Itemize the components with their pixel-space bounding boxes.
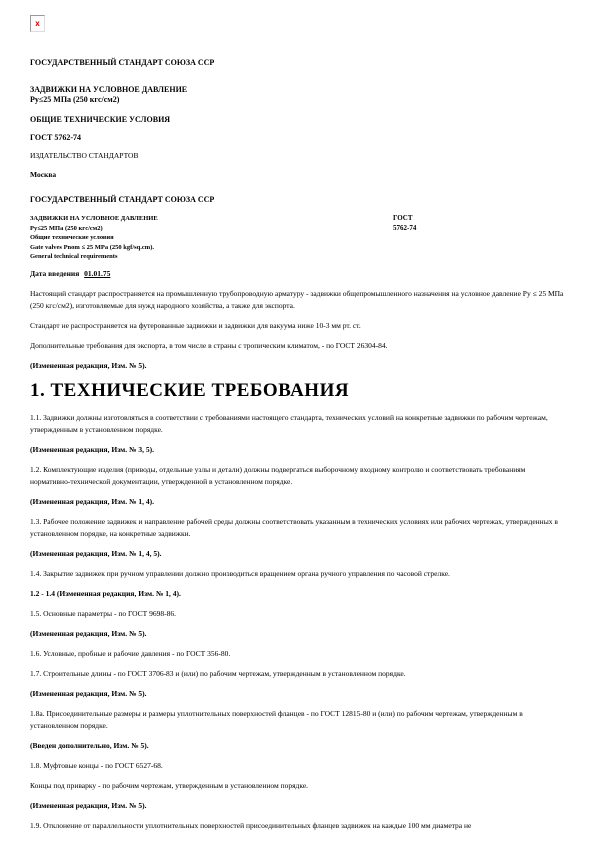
effective-date-label: Дата введения — [30, 269, 79, 278]
gost-number: 5762-74 — [393, 224, 416, 234]
section-1-paragraphs: 1.1. Задвижки должны изготовляться в соо… — [30, 412, 567, 832]
paragraph: (Измененная редакция, Изм. № 1, 4, 5). — [30, 548, 567, 560]
publisher-line: ИЗДАТЕЛЬСТВО СТАНДАРТОВ — [30, 151, 567, 160]
paragraph: 1.9. Отклонение от параллельности уплотн… — [30, 820, 567, 832]
doc-title-line1: ЗАДВИЖКИ НА УСЛОВНОЕ ДАВЛЕНИЕ — [30, 85, 567, 95]
title-block-line: General technical requirements — [30, 252, 393, 262]
paragraph: (Измененная редакция, Изм. № 5). — [30, 688, 567, 700]
city-line: Москва — [30, 170, 567, 179]
paragraph: Настоящий стандарт распространяется на п… — [30, 288, 567, 312]
paragraph: (Измененная редакция, Изм. № 3, 5). — [30, 444, 567, 456]
paragraph: 1.7. Строительные длины - по ГОСТ 3706-8… — [30, 668, 567, 680]
paragraph: (Измененная редакция, Изм. № 5). — [30, 628, 567, 640]
section-1-heading: 1. ТЕХНИЧЕСКИЕ ТРЕБОВАНИЯ — [30, 380, 567, 402]
title-block-line: Gate valves Pnom ≤ 25 MPa (250 kgf/sq.cm… — [30, 243, 393, 253]
paragraph: (Измененная редакция, Изм. № 1, 4). — [30, 496, 567, 508]
effective-date-line: Дата введения 01.01.75 — [30, 269, 567, 278]
gost-label: ГОСТ — [393, 214, 416, 224]
paragraph: 1.4. Закрытие задвижек при ручном управл… — [30, 568, 567, 580]
title-block-line: Общие технические условия — [30, 233, 393, 243]
paragraph: Концы под приварку - по рабочим чертежам… — [30, 780, 567, 792]
paragraph: Стандарт не распространяется на футерова… — [30, 320, 567, 332]
intro-paragraphs: Настоящий стандарт распространяется на п… — [30, 288, 567, 372]
paragraph: 1.1. Задвижки должны изготовляться в соо… — [30, 412, 567, 436]
paragraph: 1.5. Основные параметры - по ГОСТ 9698-8… — [30, 608, 567, 620]
title-block-line: ЗАДВИЖКИ НА УСЛОВНОЕ ДАВЛЕНИЕ — [30, 214, 393, 224]
broken-image-x-glyph: x — [35, 20, 39, 28]
doc-title: ЗАДВИЖКИ НА УСЛОВНОЕ ДАВЛЕНИЕ Ру≤25 МПа … — [30, 85, 567, 105]
gost-number-top: ГОСТ 5762-74 — [30, 133, 567, 142]
org-title-mid: ГОСУДАРСТВЕННЫЙ СТАНДАРТ СОЮЗА ССР — [30, 195, 567, 204]
paragraph: 1.3. Рабочее положение задвижек и направ… — [30, 516, 567, 540]
paragraph: (Измененная редакция, Изм. № 5). — [30, 360, 567, 372]
paragraph: 1.2 - 1.4 (Измененная редакция, Изм. № 1… — [30, 588, 567, 600]
paragraph: (Измененная редакция, Изм. № 5). — [30, 800, 567, 812]
paragraph: (Введен дополнительно, Изм. № 5). — [30, 740, 567, 752]
paragraph: 1.6. Условные, пробные и рабочие давлени… — [30, 648, 567, 660]
org-title-top: ГОСУДАРСТВЕННЫЙ СТАНДАРТ СОЮЗА ССР — [30, 58, 567, 67]
doc-subtitle: ОБЩИЕ ТЕХНИЧЕСКИЕ УСЛОВИЯ — [30, 115, 567, 124]
broken-image-icon: x — [30, 15, 45, 32]
title-block-left: ЗАДВИЖКИ НА УСЛОВНОЕ ДАВЛЕНИЕРу≤25 МПа (… — [30, 214, 393, 262]
paragraph: 1.8а. Присоединительные размеры и размер… — [30, 708, 567, 732]
doc-title-line2: Ру≤25 МПа (250 кгс/см2) — [30, 95, 567, 105]
paragraph: 1.8. Муфтовые концы - по ГОСТ 6527-68. — [30, 760, 567, 772]
title-block: ЗАДВИЖКИ НА УСЛОВНОЕ ДАВЛЕНИЕРу≤25 МПа (… — [30, 214, 567, 262]
effective-date-value: 01.01.75 — [84, 269, 110, 278]
document-page: x ГОСУДАРСТВЕННЫЙ СТАНДАРТ СОЮЗА ССР ЗАД… — [0, 0, 595, 842]
gost-number-block: ГОСТ 5762-74 — [393, 214, 416, 262]
paragraph: 1.2. Комплектующие изделия (приводы, отд… — [30, 464, 567, 488]
paragraph: Дополнительные требования для экспорта, … — [30, 340, 567, 352]
title-block-line: Ру≤25 МПа (250 кгс/см2) — [30, 224, 393, 234]
